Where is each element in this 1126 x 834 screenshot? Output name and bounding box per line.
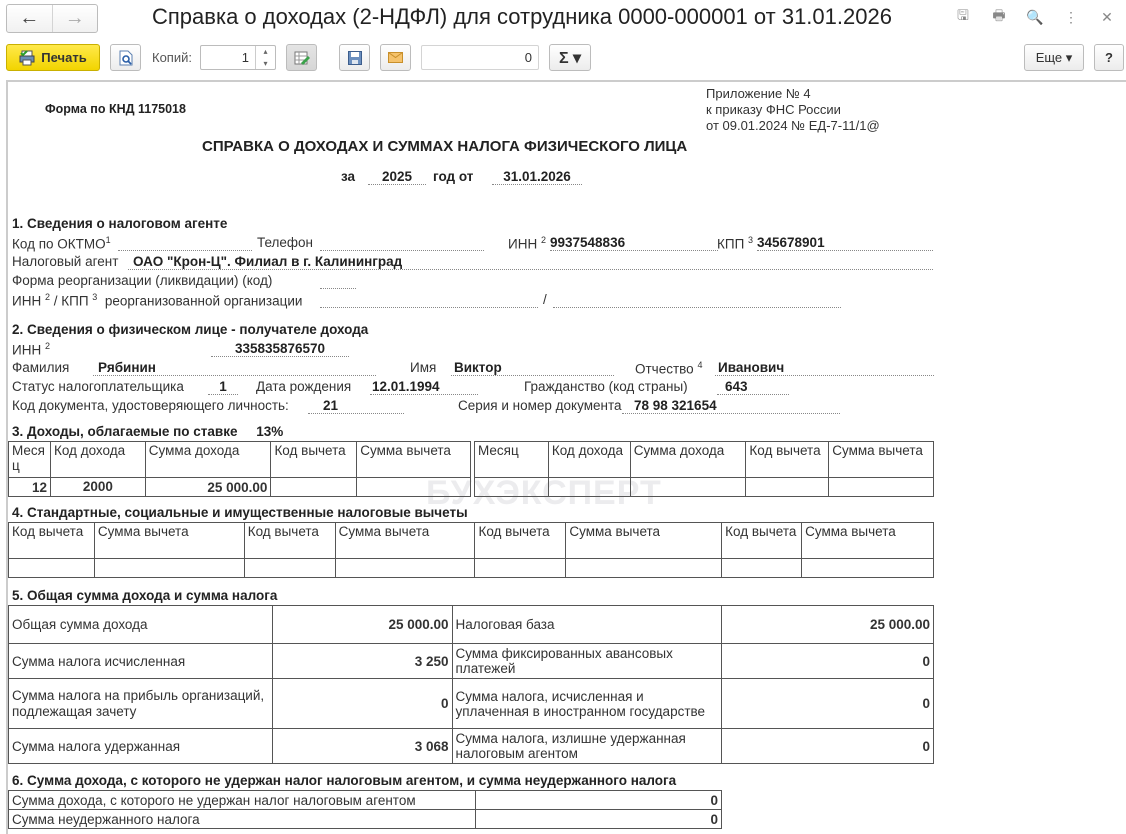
table-row: Сумма налога исчисленная 3 250 Сумма фик… [9, 644, 934, 679]
tax-calculated-label: Сумма налога исчисленная [9, 644, 273, 679]
section3-title: 3. Доходы, облагаемые по ставке 13% [12, 424, 283, 439]
col-header: Сумма вычета [802, 523, 934, 559]
col-header: Код вычета [475, 523, 566, 559]
more-icon[interactable]: ⋮ [1060, 6, 1082, 28]
unwithheld-income-label: Сумма дохода, с которого не удержан нало… [9, 791, 476, 810]
col-header: Код дохода [548, 442, 630, 478]
cell [475, 559, 566, 578]
col-header: Код дохода [50, 442, 145, 478]
cell [244, 559, 335, 578]
agent-label: Налоговый агент [12, 254, 118, 269]
section2-title: 2. Сведения о физическом лице - получате… [12, 322, 368, 337]
income-table-left: Меся ц Код дохода Сумма дохода Код вычет… [8, 441, 471, 497]
unwithheld-tax-value: 0 [476, 810, 722, 829]
unwithheld-income-value: 0 [476, 791, 722, 810]
forward-button[interactable]: → [52, 5, 98, 32]
agent-inn-value: 9937548836 [550, 235, 718, 251]
table-row: Сумма налога удержанная 3 068 Сумма нало… [9, 729, 934, 764]
doc-number-label: Серия и номер документа [458, 398, 622, 413]
patronymic-label: Отчество 4 [635, 360, 702, 377]
income-amount-cell: 25 000.00 [145, 478, 271, 497]
cell [548, 478, 630, 497]
appendix-line: от 09.01.2024 № ЕД-7-11/1@ [706, 118, 880, 134]
col-header: Код вычета [746, 442, 829, 478]
sum-dropdown[interactable]: Σ ▾ [549, 44, 591, 71]
income-table-right: Месяц Код дохода Сумма дохода Код вычета… [474, 441, 934, 497]
tax-calculated-value: 3 250 [272, 644, 452, 679]
tax-base-label: Налоговая база [452, 606, 722, 644]
deduction-amount-cell [357, 478, 471, 497]
col-header: Сумма дохода [145, 442, 271, 478]
cell [335, 559, 475, 578]
reorg-kpp-field [553, 292, 841, 308]
for-label: за [341, 169, 355, 184]
total-income-label: Общая сумма дохода [9, 606, 273, 644]
col-header: Сумма вычета [357, 442, 471, 478]
doc-code-value: 21 [308, 398, 404, 414]
tax-withheld-value: 3 068 [272, 729, 452, 764]
excess-withheld-value: 0 [722, 729, 934, 764]
print-icon[interactable]: 🖶 [988, 6, 1010, 28]
col-header: Месяц [475, 442, 549, 478]
table-row: Сумма налога на прибыль организаций, под… [9, 679, 934, 729]
agent-inn-label: ИНН 2 [508, 235, 546, 252]
birth-label: Дата рождения [256, 379, 351, 394]
printer-icon [19, 50, 35, 66]
col-header: Код вычета [271, 442, 357, 478]
cell [746, 478, 829, 497]
save-button[interactable] [339, 44, 370, 71]
preview-button[interactable] [110, 44, 141, 71]
profit-tax-value: 0 [272, 679, 452, 729]
cell [9, 559, 95, 578]
phone-field [320, 235, 484, 251]
cell [722, 559, 802, 578]
spin-up-icon[interactable]: ▴ [263, 47, 267, 56]
month-cell: 12 [9, 478, 51, 497]
table-row: Общая сумма дохода 25 000.00 Налоговая б… [9, 606, 934, 644]
excess-withheld-label: Сумма налога, излишне удержанная налогов… [452, 729, 722, 764]
unwithheld-tax-label: Сумма неудержанного налога [9, 810, 476, 829]
deduction-code-cell [271, 478, 357, 497]
reorg-form-label: Форма реорганизации (ликвидации) (код) [12, 273, 272, 288]
section1-title: 1. Сведения о налоговом агенте [12, 216, 227, 231]
cell [94, 559, 244, 578]
edit-mode-button[interactable] [286, 44, 317, 71]
status-label: Статус налогоплательщика [12, 379, 184, 394]
appendix-line: к приказу ФНС России [706, 102, 880, 118]
profit-tax-label: Сумма налога на прибыль организаций, под… [9, 679, 273, 729]
form-code: Форма по КНД 1175018 [45, 102, 186, 116]
agent-name: ОАО "Крон-Ц". Филиал в г. Калининград [128, 254, 933, 270]
table-row: 12 2000 25 000.00 [9, 478, 471, 497]
phone-label: Телефон [257, 235, 313, 250]
citizenship-label: Гражданство (код страны) [524, 379, 688, 394]
table-row [475, 478, 934, 497]
agent-kpp-value: 345678901 [757, 235, 933, 251]
col-header: Сумма дохода [630, 442, 746, 478]
deductions-table: Код вычета Сумма вычета Код вычета Сумма… [8, 522, 934, 578]
status-value: 1 [208, 379, 238, 395]
tax-withheld-label: Сумма налога удержанная [9, 729, 273, 764]
income-code-cell: 2000 [50, 478, 145, 497]
section4-title: 4. Стандартные, социальные и имущественн… [12, 505, 468, 520]
reorg-inn-field [320, 292, 538, 308]
person-inn-value: 335835876570 [211, 341, 349, 357]
reorg-form-field [320, 273, 356, 289]
spin-down-icon[interactable]: ▾ [263, 59, 267, 68]
col-header: Меся ц [9, 442, 51, 478]
surname-label: Фамилия [12, 360, 69, 375]
copies-spin[interactable]: ▴▾ [255, 46, 275, 69]
doc-code-label: Код документа, удостоверяющего личность: [12, 398, 289, 413]
tax-base-value: 25 000.00 [722, 606, 934, 644]
page-preview-icon [119, 50, 133, 66]
more-button[interactable]: Еще ▾ [1024, 44, 1084, 71]
col-header: Сумма вычета [335, 523, 475, 559]
totals-table: Общая сумма дохода 25 000.00 Налоговая б… [8, 605, 934, 764]
year-from-label: год от [433, 169, 473, 184]
cell [566, 559, 722, 578]
reorg-inn-kpp-label: ИНН 2 / КПП 3 реорганизованной организац… [12, 292, 302, 309]
person-inn-label: ИНН 2 [12, 341, 50, 358]
fixed-advance-value: 0 [722, 644, 934, 679]
table-edit-icon [294, 50, 310, 66]
fixed-advance-label: Сумма фиксированных авансовых платежей [452, 644, 722, 679]
doc-number-value: 78 98 321654 [622, 398, 840, 414]
agent-kpp-label: КПП 3 [717, 235, 753, 252]
window-title: Справка о доходах (2-НДФЛ) для сотрудник… [152, 4, 892, 30]
col-header: Сумма вычета [94, 523, 244, 559]
back-button[interactable]: ← [7, 5, 52, 32]
section6-title: 6. Сумма дохода, с которого не удержан н… [12, 773, 676, 788]
slash: / [543, 292, 547, 307]
floppy-icon [348, 51, 362, 65]
preview-icon[interactable]: 🔍 [1024, 6, 1046, 28]
col-header: Код вычета [9, 523, 95, 559]
name-value: Виктор [451, 360, 614, 376]
oktmo-label: Код по ОКТМО1 [12, 235, 111, 252]
table-row [9, 559, 934, 578]
navigation-buttons: ← → [6, 4, 98, 33]
appendix-line: Приложение № 4 [706, 86, 880, 102]
arrow-right-icon: → [65, 7, 85, 30]
envelope-icon [388, 52, 403, 63]
print-label: Печать [41, 50, 86, 65]
print-button[interactable]: Печать [6, 44, 100, 71]
foreign-tax-value: 0 [722, 679, 934, 729]
birth-value: 12.01.1994 [370, 379, 478, 395]
oktmo-field [118, 235, 252, 251]
document-heading: СПРАВКА О ДОХОДАХ И СУММАХ НАЛОГА ФИЗИЧЕ… [202, 138, 687, 155]
total-income-value: 25 000.00 [272, 606, 452, 644]
help-button[interactable]: ? [1094, 44, 1124, 71]
table-row: Сумма дохода, с которого не удержан нало… [9, 791, 722, 810]
cell [802, 559, 934, 578]
copies-label: Копий: [152, 50, 192, 65]
copies-stepper[interactable]: 1 ▴▾ [200, 45, 276, 70]
unwithheld-table: Сумма дохода, с которого не удержан нало… [8, 790, 722, 829]
copies-input[interactable]: 1 [201, 46, 255, 69]
cell [630, 478, 746, 497]
name-label: Имя [410, 360, 436, 375]
cell [475, 478, 549, 497]
col-header: Сумма вычета [829, 442, 934, 478]
save-icon[interactable]: 🖫 [952, 6, 974, 28]
appendix-note: Приложение № 4 к приказу ФНС России от 0… [706, 86, 880, 134]
table-row: Сумма неудержанного налога 0 [9, 810, 722, 829]
foreign-tax-label: Сумма налога, исчисленная и уплаченная в… [452, 679, 722, 729]
cell [829, 478, 934, 497]
citizenship-value: 643 [717, 379, 789, 395]
section5-title: 5. Общая сумма дохода и сумма налога [12, 588, 277, 603]
sum-field[interactable]: 0 [421, 45, 539, 70]
col-header: Код вычета [244, 523, 335, 559]
arrow-left-icon: ← [19, 7, 39, 30]
col-header: Код вычета [722, 523, 802, 559]
tax-certificate-document: Форма по КНД 1175018 Приложение № 4 к пр… [6, 80, 1126, 834]
col-header: Сумма вычета [566, 523, 722, 559]
document-date: 31.01.2026 [492, 169, 582, 185]
patronymic-value: Иванович [715, 360, 934, 376]
surname-value: Рябинин [93, 360, 376, 376]
close-icon[interactable]: ✕ [1096, 6, 1118, 28]
email-button[interactable] [380, 44, 411, 71]
year-value: 2025 [368, 169, 426, 185]
header-actions: 🖫 🖶 🔍 ⋮ ✕ [952, 6, 1118, 28]
